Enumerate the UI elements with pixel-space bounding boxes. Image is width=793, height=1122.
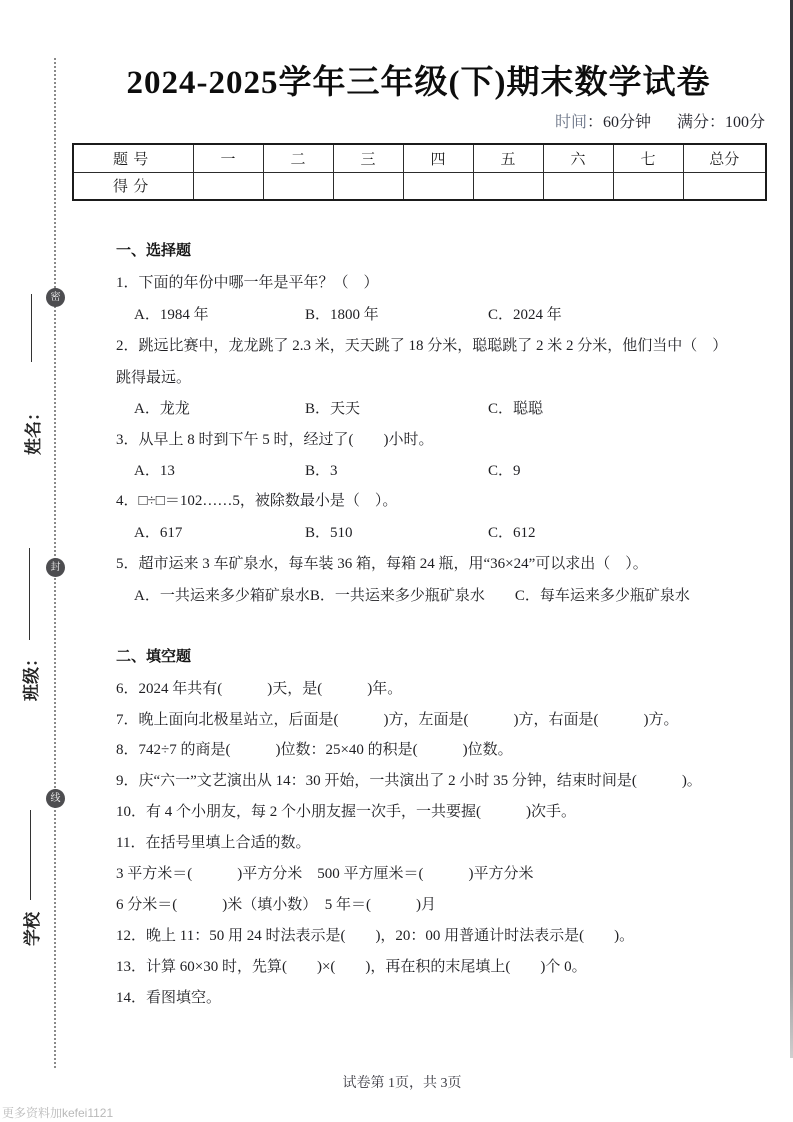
score-table-cell-6: 六 (543, 144, 613, 172)
option-b: B．1800 年 (305, 303, 379, 324)
option-c: C．2024 年 (488, 303, 562, 324)
question-3-options: A．13 B．3 C．9 (0, 459, 793, 477)
class-label: 班级： (17, 650, 42, 701)
section-heading-fill: 二、填空题 (116, 645, 191, 666)
score-cell-empty (683, 172, 766, 200)
option-c: C．聪聪 (488, 397, 543, 418)
question-14: 14．看图填空。 (116, 986, 221, 1007)
score-row-label: 得分 (73, 172, 193, 200)
question-5: 5．超市运来 3 车矿泉水，每车装 36 箱，每箱 24 瓶，用“36×24”可… (116, 552, 648, 573)
option-a: A．617 (134, 521, 182, 542)
score-cell-empty (193, 172, 263, 200)
time-key: 时间 (555, 114, 587, 131)
time-limit: 时间：60分钟 (555, 109, 651, 132)
class-field: 班级： (18, 541, 40, 701)
question-6: 6．2024 年共有( )天，是( )年。 (116, 677, 402, 698)
option-b: B．3 (305, 459, 338, 480)
score-table-cell-1: 一 (193, 144, 263, 172)
question-1: 1．下面的年份中哪一年是平年？（ ） (116, 271, 379, 292)
score-cell-empty (333, 172, 403, 200)
score-table: 题号 一 二 三 四 五 六 七 总分 得分 (72, 143, 767, 201)
question-2-continued: 跳得最远。 (116, 366, 191, 387)
school-label: 学校 (18, 912, 43, 946)
watermark-text: 更多资料加kefei1121 (2, 1104, 113, 1121)
score-table-cell-7: 七 (613, 144, 683, 172)
seal-char-xian: 线 (46, 789, 65, 808)
page-title: 2024-2025学年三年级(下)期末数学试卷 (72, 56, 765, 103)
student-name-field: 姓名： (20, 235, 42, 455)
option-b: B．510 (305, 521, 353, 542)
score-cell-empty (613, 172, 683, 200)
option-a: A．龙龙 (134, 397, 190, 418)
score-table-cell-total: 总分 (683, 144, 766, 172)
option-c: C．9 (488, 459, 521, 480)
question-4: 4．□÷□＝102……5，被除数最小是（ ）。 (116, 489, 397, 510)
option-c: C．612 (488, 521, 536, 542)
question-3: 3．从早上 8 时到下午 5 时，经过了( )小时。 (116, 428, 434, 449)
score-table-cell-5: 五 (473, 144, 543, 172)
question-7: 7．晚上面向北极星站立，后面是( )方，左面是( )方，右面是( )方。 (116, 708, 678, 729)
score-table-cell-tihao: 题号 (73, 144, 193, 172)
question-2-options: A．龙龙 B．天天 C．聪聪 (0, 397, 793, 415)
score-cell-empty (473, 172, 543, 200)
question-2: 2．跳远比赛中，龙龙跳了 2.3 米，天天跳了 18 分米，聪聪跳了 2 米 2… (116, 334, 727, 355)
exam-paper-page: 密 封 线 姓名： 班级： 学校 2024-2025学年三年级(下)期末数学试卷… (0, 0, 793, 1122)
page-number-footer: 试卷第 1页，共 3页 (72, 1072, 732, 1092)
school-blank-line (30, 810, 31, 900)
question-13: 13．计算 60×30 时，先算( )×( )，再在积的末尾填上( )个 0。 (116, 955, 587, 976)
section-heading-choice: 一、选择题 (116, 239, 191, 260)
question-11-sub-1: 3 平方米＝( )平方分米 500 平方厘米＝( )平方分米 (116, 862, 533, 883)
question-5-options: A．一共运来多少箱矿泉水B．一共运来多少瓶矿泉水 C．每车运来多少瓶矿泉水 (134, 584, 690, 605)
exam-meta: 时间：60分钟 满分：100分 (555, 109, 765, 132)
question-10: 10．有 4 个小朋友，每 2 个小朋友握一次手，一共要握( )次手。 (116, 800, 576, 821)
option-a: A．13 (134, 459, 175, 480)
question-9: 9．庆“六一”文艺演出从 14：30 开始，一共演出了 2 小时 35 分钟，结… (116, 769, 702, 790)
question-11-sub-2: 6 分米＝( )米（填小数） 5 年＝( )月 (116, 893, 436, 914)
question-8: 8．742÷7 的商是( )位数：25×40 的积是( )位数。 (116, 738, 513, 759)
question-1-options: A．1984 年 B．1800 年 C．2024 年 (0, 303, 793, 321)
score-cell-empty (543, 172, 613, 200)
question-12: 12．晚上 11：50 用 24 时法表示是( )，20：00 用普通计时法表示… (116, 924, 634, 945)
score-cell-empty (263, 172, 333, 200)
score-table-cell-2: 二 (263, 144, 333, 172)
class-blank-line (29, 548, 30, 640)
question-4-options: A．617 B．510 C．612 (0, 521, 793, 539)
time-value: ：60分钟 (587, 114, 651, 131)
score-cell-empty (403, 172, 473, 200)
option-a: A．1984 年 (134, 303, 209, 324)
school-field: 学校 (19, 794, 41, 946)
score-table-score-row: 得分 (73, 172, 766, 200)
score-table-cell-3: 三 (333, 144, 403, 172)
full-score: 满分：100分 (677, 109, 765, 132)
seal-char-feng: 封 (46, 558, 65, 577)
score-table-header-row: 题号 一 二 三 四 五 六 七 总分 (73, 144, 766, 172)
score-table-cell-4: 四 (403, 144, 473, 172)
question-11: 11．在括号里填上合适的数。 (116, 831, 310, 852)
option-b: B．天天 (305, 397, 360, 418)
